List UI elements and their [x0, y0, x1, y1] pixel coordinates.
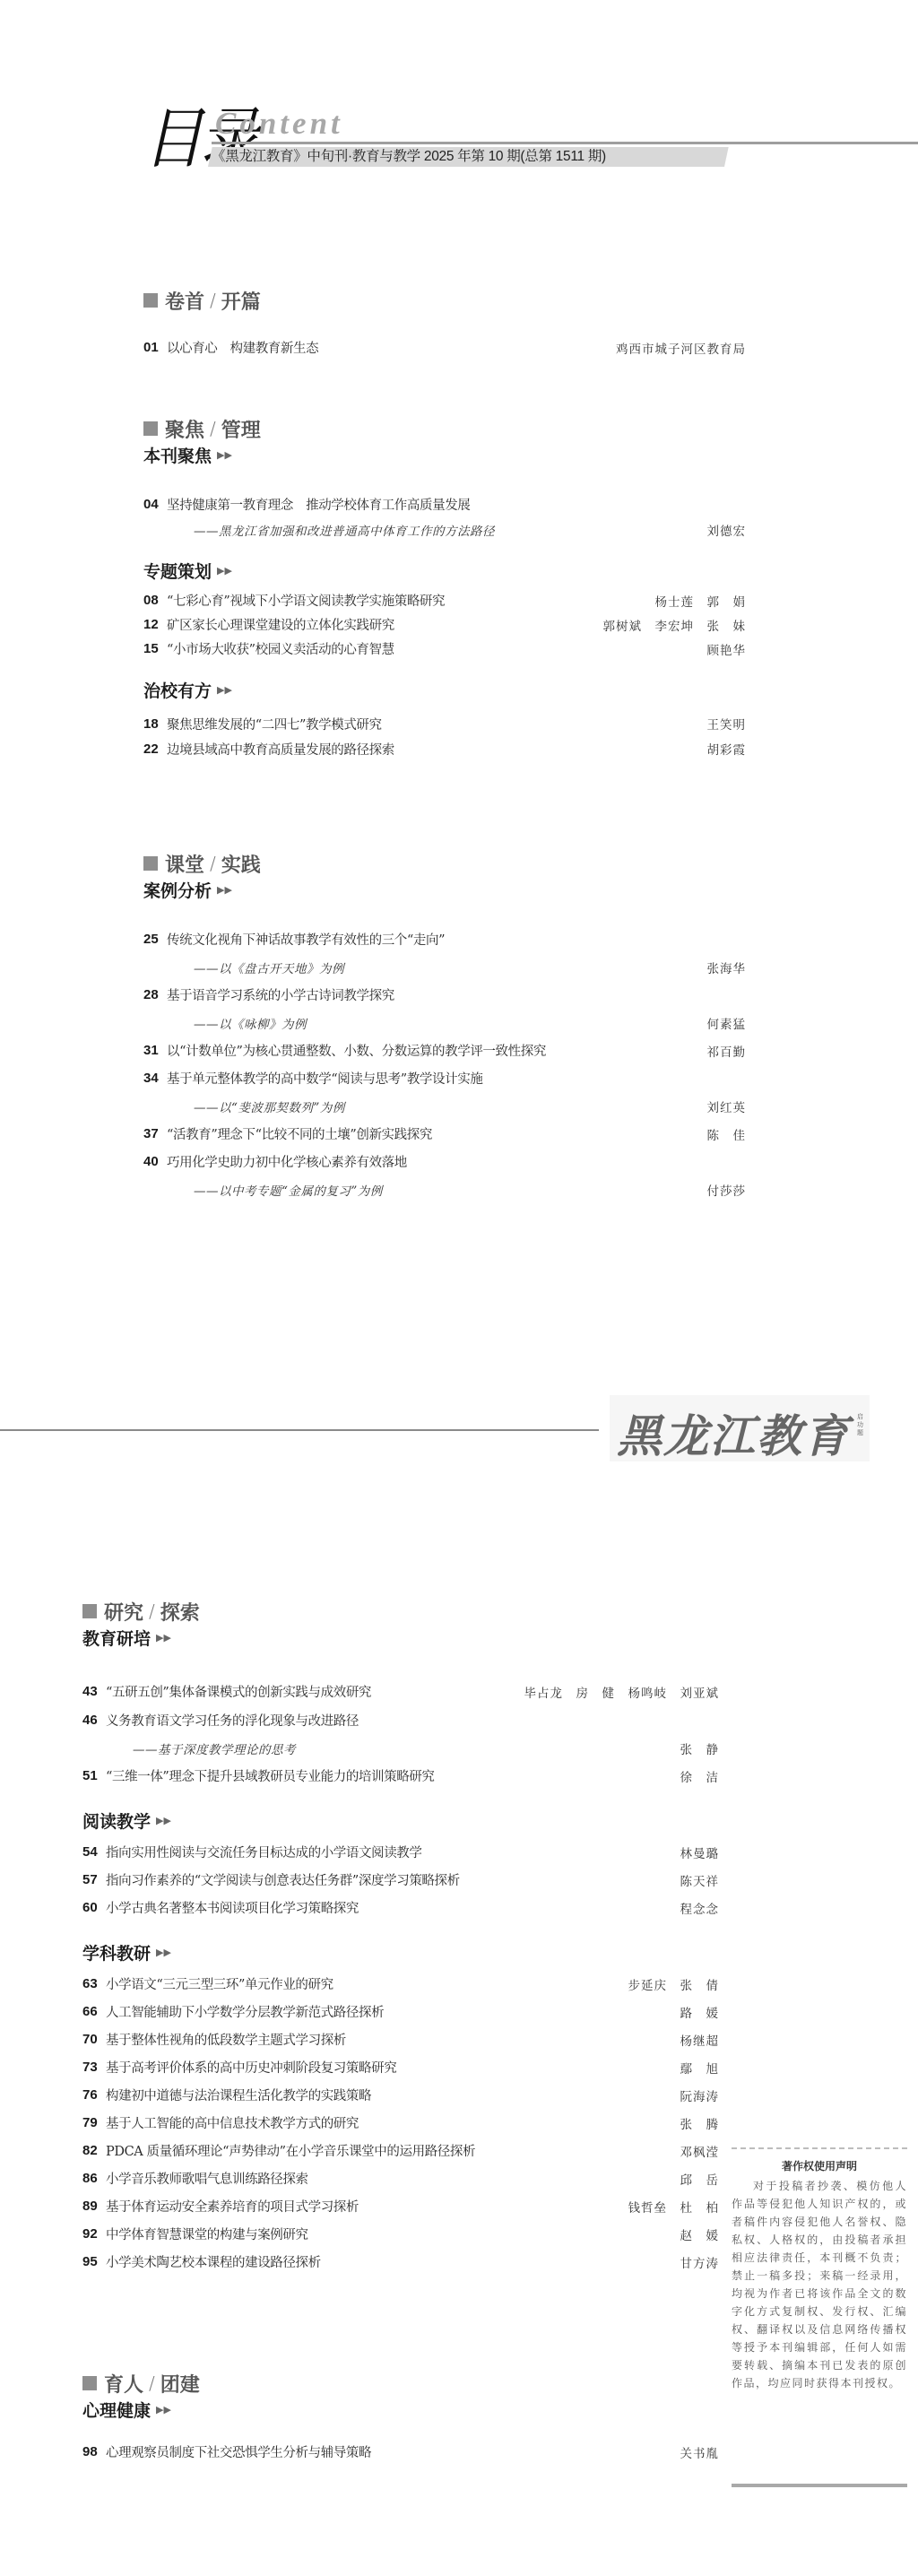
toc-entry[interactable]: 79 基于人工智能的高中信息技术教学方式的研究 张 腾 — [82, 2109, 719, 2137]
toc-entry[interactable]: 40 巧用化学史助力初中化学核心素养有效落地 — [143, 1148, 746, 1175]
subsection-heading: 本刊聚焦 ▶▶ — [143, 442, 746, 467]
toc-entry[interactable]: 82 PDCA 质量循环理论“声势律动”在小学音乐课堂中的运用路径探析 邓枫滢 — [82, 2137, 719, 2164]
toc-entry[interactable]: 54 指向实用性阅读与交流任务目标达成的小学语文阅读教学 林曼璐 — [82, 1838, 719, 1866]
double-arrow-icon: ▶▶ — [217, 684, 232, 696]
toc-entry[interactable]: 73 基于高考评价体系的高中历史冲刺阶段复习策略研究 鄢 旭 — [82, 2053, 719, 2081]
page-divider — [0, 1429, 599, 1431]
toc-entry[interactable]: 70 基于整体性视角的低段数学主题式学习探析 杨继超 — [82, 2025, 719, 2053]
section-yuren: 育人 / 团建 心理健康 ▶▶ 98 心理观察员制度下社交恐惧学生分析与辅导策略… — [82, 2370, 719, 2466]
double-arrow-icon: ▶▶ — [217, 449, 232, 461]
toc-entry-subtitle: ——基于深度教学理论的思考 张 静 — [82, 1734, 719, 1762]
section-heading: 育人 / 团建 — [82, 2370, 719, 2397]
double-arrow-icon: ▶▶ — [156, 1815, 171, 1826]
toc-entry-subtitle: ——以《咏柳》为例 何素猛 — [143, 1009, 746, 1036]
copyright-title: 著作权使用声明 — [732, 2158, 907, 2173]
section-heading: 研究 / 探索 — [82, 1598, 719, 1625]
toc-entry[interactable]: 08 “七彩心育”视域下小学语文阅读教学实施策略研究 杨士莲 郭 娟 — [143, 588, 746, 612]
toc-entry[interactable]: 98 心理观察员制度下社交恐惧学生分析与辅导策略 关书胤 — [82, 2438, 719, 2466]
section-heading: 聚焦 / 管理 — [143, 415, 746, 442]
toc-entry[interactable]: 25 传统文化视角下神话故事教学有效性的三个“走向” — [143, 925, 746, 953]
toc-entry-subtitle: ——以中考专题“金属的复习”为例 付莎莎 — [143, 1175, 746, 1203]
subsection-heading: 治校有方 ▶▶ — [143, 677, 746, 702]
section-heading: 卷首 / 开篇 — [143, 287, 746, 314]
toc-entry[interactable]: 95 小学美术陶艺校本课程的建设路径探析 甘方涛 — [82, 2248, 719, 2276]
toc-entry[interactable]: 12 矿区家长心理课堂建设的立体化实践研究 郭树斌 李宏坤 张 妹 — [143, 612, 746, 637]
toc-entry[interactable]: 57 指向习作素养的“文学阅读与创意表达任务群”深度学习策略探析 陈天祥 — [82, 1866, 719, 1894]
issue-info: 《黑龙江教育》中旬刊·教育与教学 2025 年第 10 期(总第 1511 期) — [212, 146, 606, 168]
section-yanjiu: 研究 / 探索 教育研培 ▶▶ 43 “五研五创”集体备课模式的创新实践与成效研… — [82, 1598, 719, 2276]
toc-entry[interactable]: 28 基于语音学习系统的小学古诗词教学探究 — [143, 981, 746, 1009]
toc-entry[interactable]: 63 小学语文“三元三型三环”单元作业的研究 步延庆 张 倩 — [82, 1970, 719, 1998]
toc-entry[interactable]: 60 小学古典名著整本书阅读项目化学习策略探究 程念念 — [82, 1894, 719, 1921]
toc-entry[interactable]: 31 以“计数单位”为核心贯通整数、小数、分数运算的教学评一致性探究 祁百勤 — [143, 1036, 746, 1064]
toc-entry[interactable]: 01 以心育心 构建教育新生态 鸡西市城子河区教育局 — [143, 334, 746, 361]
toc-entry[interactable]: 34 基于单元整体教学的高中数学“阅读与思考”教学设计实施 — [143, 1064, 746, 1092]
toc-entry[interactable]: 43 “五研五创”集体备课模式的创新实践与成效研究 毕占龙 房 健 杨鸣岐 刘亚… — [82, 1677, 719, 1706]
section-juanshou: 卷首 / 开篇 01 以心育心 构建教育新生态 鸡西市城子河区教育局 — [143, 287, 746, 361]
subsection-heading: 教育研培 ▶▶ — [82, 1625, 719, 1650]
subsection-heading: 心理健康 ▶▶ — [82, 2397, 719, 2422]
subsection-heading: 学科教研 ▶▶ — [82, 1939, 719, 1965]
square-bullet-icon — [143, 293, 158, 308]
toc-entry-subtitle: ——黑龙江省加强和改进普通高中体育工作的方法路径 刘德宏 — [143, 518, 746, 542]
header-rule — [212, 142, 918, 144]
copyright-body: 对于投稿者抄袭、模仿他人作品等侵犯他人知识产权的，或者稿件内容侵犯他人名誉权、隐… — [732, 2177, 907, 2392]
copyright-divider — [732, 2147, 907, 2149]
toc-entry[interactable]: 51 “三维一体”理念下提升县域教研员专业能力的培训策略研究 徐 洁 — [82, 1762, 719, 1790]
subsection-heading: 案例分析 ▶▶ — [143, 877, 746, 902]
journal-logo: 黑龙江教育 启功题 — [610, 1395, 870, 1461]
section-jujiao: 聚焦 / 管理 本刊聚焦 ▶▶ 04 坚持健康第一教育理念 推动学校体育工作高质… — [143, 415, 746, 761]
square-bullet-icon — [143, 856, 158, 871]
toc-entry[interactable]: 92 中学体育智慧课堂的构建与案例研究 赵 媛 — [82, 2220, 719, 2248]
copyright-bottom-bar — [732, 2484, 907, 2487]
toc-entry[interactable]: 22 边境县域高中教育高质量发展的路径探索 胡彩霞 — [143, 736, 746, 761]
square-bullet-icon — [82, 1604, 97, 1618]
toc-entry-subtitle: ——以“斐波那契数列”为例 刘红英 — [143, 1092, 746, 1120]
toc-entry[interactable]: 86 小学音乐教师歌唱气息训练路径探索 邱 岳 — [82, 2164, 719, 2192]
double-arrow-icon: ▶▶ — [217, 565, 232, 577]
toc-entry[interactable]: 04 坚持健康第一教育理念 推动学校体育工作高质量发展 — [143, 490, 746, 518]
toc-entry[interactable]: 66 人工智能辅助下小学数学分层教学新范式路径探析 路 媛 — [82, 1998, 719, 2025]
subsection-heading: 阅读教学 ▶▶ — [82, 1808, 719, 1833]
double-arrow-icon: ▶▶ — [217, 884, 232, 896]
toc-entry[interactable]: 46 义务教育语文学习任务的浮化现象与改进路径 — [82, 1706, 719, 1734]
double-arrow-icon: ▶▶ — [156, 1947, 171, 1958]
toc-entry[interactable]: 37 “活教育”理念下“比较不同的土壤”创新实践探究 陈 佳 — [143, 1120, 746, 1148]
subsection-heading: 专题策划 ▶▶ — [143, 558, 746, 583]
toc-entry[interactable]: 76 构建初中道德与法治课程生活化教学的实践策略 阮海涛 — [82, 2081, 719, 2109]
double-arrow-icon: ▶▶ — [156, 2404, 171, 2416]
section-ketang: 课堂 / 实践 案例分析 ▶▶ 25 传统文化视角下神话故事教学有效性的三个“走… — [143, 850, 746, 1203]
logo-signature: 启功题 — [857, 1413, 862, 1437]
toc-entry[interactable]: 89 基于体育运动安全素养培育的项目式学习探析 钱哲垒 杜 柏 — [82, 2192, 719, 2220]
toc-entry-subtitle: ——以《盘古开天地》为例 张海华 — [143, 953, 746, 981]
toc-entry[interactable]: 15 “小市场大收获”校园义卖活动的心育智慧 顾艳华 — [143, 637, 746, 661]
section-heading: 课堂 / 实践 — [143, 850, 746, 877]
square-bullet-icon — [82, 2376, 97, 2390]
toc-entry[interactable]: 18 聚焦思维发展的“二四七”教学模式研究 王笑明 — [143, 711, 746, 736]
square-bullet-icon — [143, 421, 158, 436]
page-title-english: Content — [215, 106, 343, 142]
double-arrow-icon: ▶▶ — [156, 1632, 171, 1644]
